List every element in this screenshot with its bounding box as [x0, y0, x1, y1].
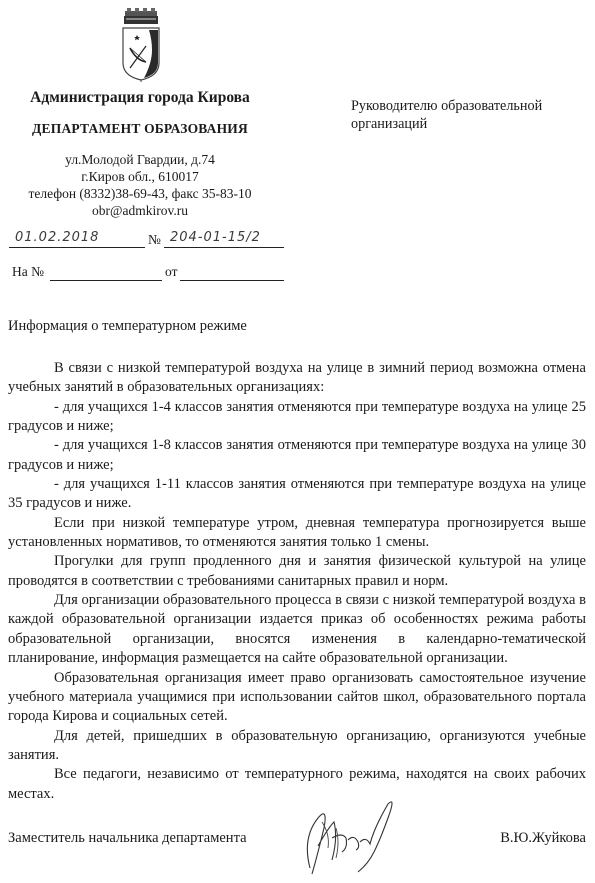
reply-date-field [180, 264, 284, 281]
kirov-coat-of-arms-icon [116, 8, 166, 82]
signatory-name: В.Ю.Жуйкова [500, 830, 586, 847]
department-name: ДЕПАРТАМЕНТ ОБРАЗОВАНИЯ [0, 121, 280, 137]
paragraph-self-study: Образовательная организация имеет право … [8, 669, 586, 727]
letter-body: В связи с низкой температурой воздуха на… [8, 359, 586, 804]
phone-fax: телефон (8332)38-69-43, факс 35-83-10 [0, 185, 280, 202]
paragraph-outdoor-activities: Прогулки для групп продленного дня и зан… [8, 552, 586, 591]
list-item-grades-1-4: - для учащихся 1-4 классов занятия отмен… [8, 398, 586, 437]
reply-number-field [50, 264, 162, 281]
address-block: ул.Молодой Гвардии, д.74 г.Киров обл., 6… [0, 151, 280, 219]
reply-from-label: от [165, 264, 177, 280]
paragraph-shift-cancellation: Если при низкой температуре утром, дневн… [8, 514, 586, 553]
date-field: 01.02.2018 [9, 231, 145, 248]
address-street: ул.Молодой Гвардии, д.74 [0, 151, 280, 168]
email: obr@admkirov.ru [0, 202, 280, 219]
organization-title: Администрация города Кирова [0, 89, 280, 107]
handwritten-signature-icon [288, 798, 408, 880]
letter-subject: Информация о температурном режиме [8, 318, 247, 335]
handwritten-number: 204-01-15/2 [170, 230, 261, 245]
recipient-line-1: Руководителю образовательной [351, 98, 542, 116]
paragraph-children-attending: Для детей, пришедших в образовательную о… [8, 727, 586, 766]
handwritten-date: 01.02.2018 [15, 230, 99, 245]
number-label: № [148, 232, 161, 248]
list-item-grades-1-11: - для учащихся 1-11 классов занятия отме… [8, 475, 586, 514]
number-field: 204-01-15/2 [164, 231, 284, 248]
paragraph-intro: В связи с низкой температурой воздуха на… [8, 359, 586, 398]
recipient-line-2: организаций [351, 116, 542, 134]
signatory-title: Заместитель начальника департамента [8, 830, 247, 847]
paragraph-organization-order: Для организации образовательного процесс… [8, 591, 586, 668]
recipient-block: Руководителю образовательной организаций [351, 98, 542, 133]
address-city: г.Киров обл., 610017 [0, 168, 280, 185]
reply-number-label: На № [12, 264, 44, 280]
list-item-grades-1-8: - для учащихся 1-8 классов занятия отмен… [8, 436, 586, 475]
